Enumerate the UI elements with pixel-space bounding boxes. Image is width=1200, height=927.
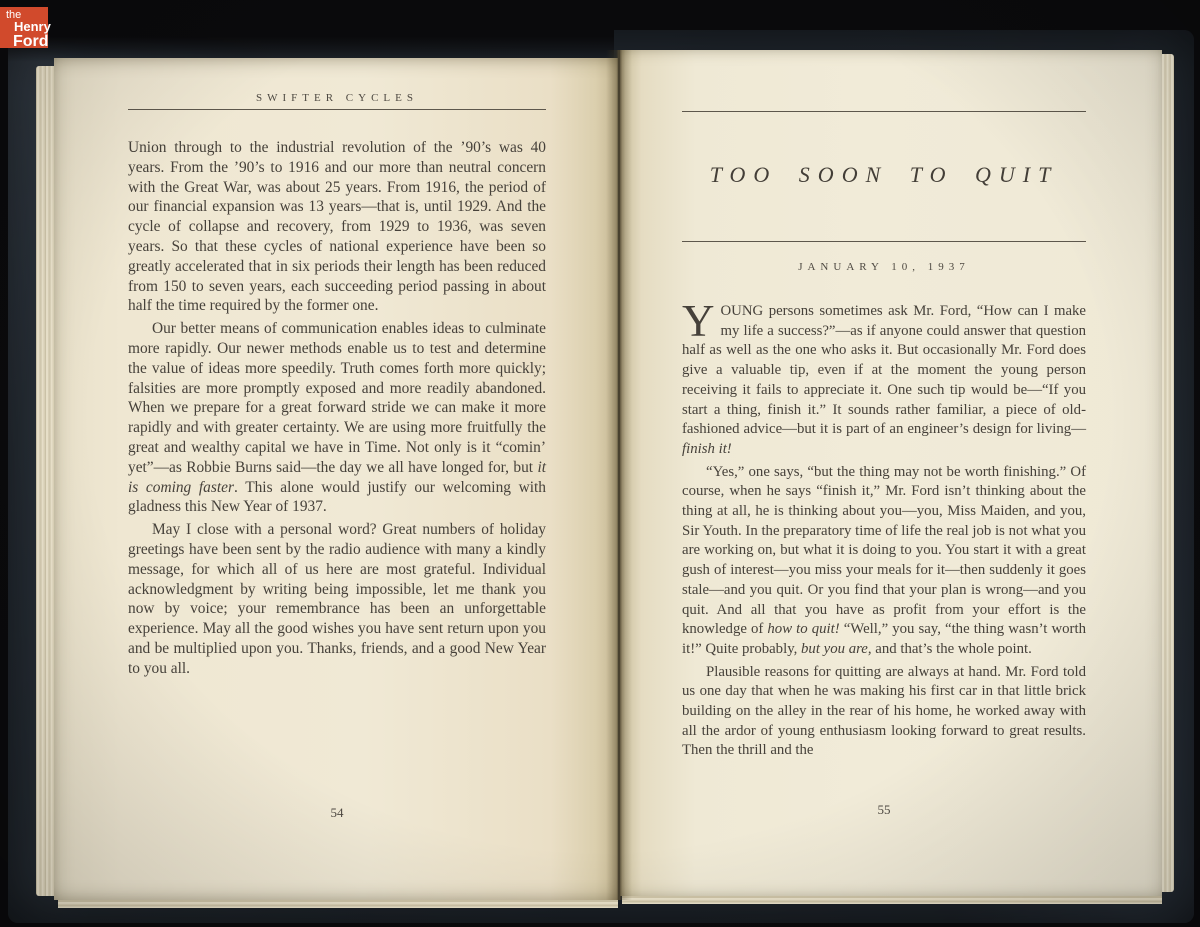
right-page-text: YOUNG persons sometimes ask Mr. Ford, “H… [682,302,1086,761]
left-page-text: Union through to the industrial revoluti… [128,138,546,679]
chapter-date: JANUARY 10, 1937 [682,261,1086,273]
book-photo: SWIFTER CYCLES Union through to the indu… [0,0,1200,927]
paragraph: Plausible reasons for quitting are alway… [682,663,1086,762]
page-edges-bottom-right [622,895,1162,904]
page-number-left: 54 [128,805,546,821]
left-page: SWIFTER CYCLES Union through to the indu… [54,58,618,900]
page-edges-left [36,66,55,896]
right-page: TOO SOON TO QUIT JANUARY 10, 1937 YOUNG … [620,50,1162,896]
paragraph: “Yes,” one says, “but the thing may not … [682,463,1086,660]
logo-word-henry: Henry [14,21,48,33]
book-gutter [606,50,632,900]
paragraph: YOUNG persons sometimes ask Mr. Ford, “H… [682,302,1086,460]
page-edges-bottom-left [58,899,618,908]
paragraph: May I close with a personal word? Great … [128,520,546,678]
title-rule-bottom [682,241,1086,242]
dropcap: Y [682,302,721,340]
page-number-right: 55 [682,802,1086,818]
paragraph: Union through to the industrial revoluti… [128,138,546,316]
running-head: SWIFTER CYCLES [128,92,546,110]
henry-ford-logo: the Henry Ford [0,7,48,48]
paragraph-text: OUNG persons sometimes ask Mr. Ford, “Ho… [682,303,1086,457]
page-edges-right [1161,54,1174,892]
paragraph: Our better means of communication enable… [128,319,546,517]
title-rule-top [682,111,1086,112]
logo-word-ford: Ford [13,34,48,49]
chapter-title: TOO SOON TO QUIT [662,162,1106,188]
